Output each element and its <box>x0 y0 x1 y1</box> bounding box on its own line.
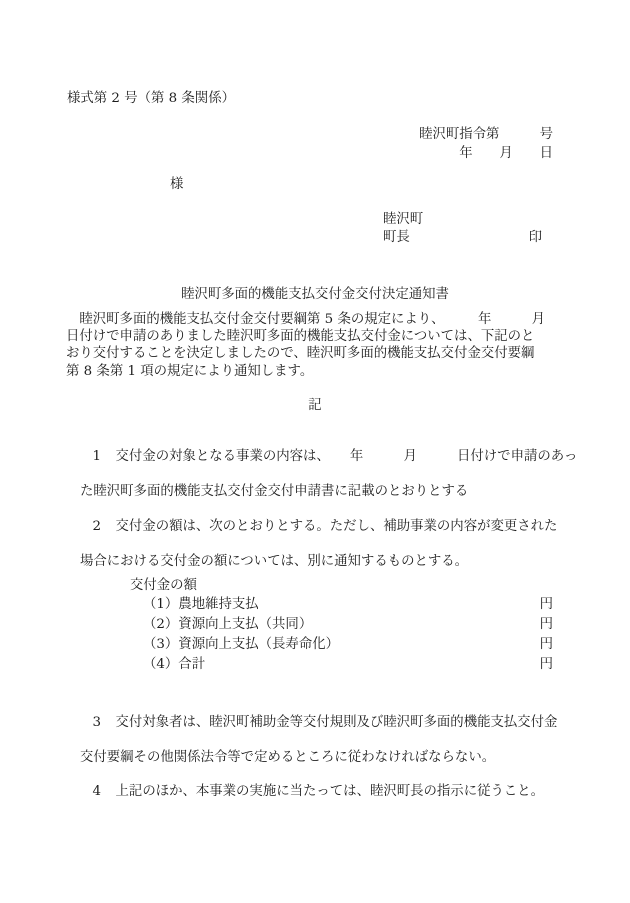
grant-amount-row: （1）農地維持支払 円 <box>143 595 553 615</box>
item-text: 交付対象者は、睦沢町補助金等交付規則及び睦沢町多面的機能支払交付金 <box>116 715 558 730</box>
intro-paragraph: 睦沢町多面的機能支払交付金交付要綱第 5 条の規定により、 年 月 日付けで申請… <box>66 311 545 380</box>
grant-amount-label: （1）農地維持支払 <box>143 595 259 615</box>
intro-line: おり交付することを決定しましたので、睦沢町多面的機能支払交付金交付要綱 <box>66 345 545 362</box>
grant-amount-list: （1）農地維持支払 円 （2）資源向上支払（共同） 円 （3）資源向上支払（長寿… <box>143 595 553 675</box>
seal-mark: 印 <box>529 229 542 247</box>
grant-amount-label: （4）合計 <box>143 655 205 675</box>
grant-amount-unit: 円 <box>540 635 553 655</box>
item-text: 交付金の額は、次のとおりとする。ただし、補助事業の内容が変更された <box>116 519 558 534</box>
sender-title-line: 町長 印 <box>383 229 542 247</box>
directive-block: 睦沢町指令第 号 年 月 日 <box>419 126 553 163</box>
item-line: 2交付金の額は、次のとおりとする。ただし、補助事業の内容が変更された <box>67 501 557 553</box>
item-line: た睦沢町多面的機能支払交付金交付申請書に記載のとおりとする <box>67 483 577 500</box>
numbered-item-1: 1交付金の対象となる事業の内容は、 年 月 日付けで申請のあっ た睦沢町多面的機… <box>67 431 577 500</box>
item-number: 3 <box>93 714 116 731</box>
item-number: 2 <box>93 518 116 535</box>
grant-amount-unit: 円 <box>540 595 553 615</box>
numbered-item-4: 4上記のほか、本事業の実施に当たっては、睦沢町長の指示に従うこと。 <box>67 766 544 818</box>
item-line: 3交付対象者は、睦沢町補助金等交付規則及び睦沢町多面的機能支払交付金 <box>67 697 557 749</box>
item-text: 交付金の対象となる事業の内容は、 年 月 日付けで申請のあっ <box>116 449 578 464</box>
intro-line: 第 8 条第 1 項の規定により通知します。 <box>66 363 545 380</box>
grant-amount-label: （3）資源向上支払（長寿命化） <box>143 635 339 655</box>
grant-amount-label: （2）資源向上支払（共同） <box>143 615 312 635</box>
item-line: 1交付金の対象となる事業の内容は、 年 月 日付けで申請のあっ <box>67 431 577 483</box>
sender-title: 町長 <box>383 229 410 247</box>
numbered-item-3: 3交付対象者は、睦沢町補助金等交付規則及び睦沢町多面的機能支払交付金 交付要綱そ… <box>67 697 557 766</box>
item-line: 4上記のほか、本事業の実施に当たっては、睦沢町長の指示に従うこと。 <box>67 766 544 818</box>
grant-amount-row: （2）資源向上支払（共同） 円 <box>143 615 553 635</box>
directive-number: 睦沢町指令第 号 <box>419 126 553 145</box>
numbered-item-2: 2交付金の額は、次のとおりとする。ただし、補助事業の内容が変更された 場合におけ… <box>67 501 557 570</box>
intro-line: 睦沢町多面的機能支払交付金交付要綱第 5 条の規定により、 年 月 <box>66 311 545 328</box>
grant-amount-row: （3）資源向上支払（長寿命化） 円 <box>143 635 553 655</box>
addressee: 様 <box>170 176 183 193</box>
grant-amount-unit: 円 <box>540 615 553 635</box>
item-number: 1 <box>93 448 116 465</box>
sender-organization: 睦沢町 <box>383 211 542 229</box>
record-marker: 記 <box>0 397 630 414</box>
intro-line: 日付けで申請のありました睦沢町多面的機能支払交付金については、下記のと <box>66 328 545 345</box>
item-line: 交付要綱その他関係法令等で定めるところに従わなければならない。 <box>67 749 557 766</box>
grant-amount-heading: 交付金の額 <box>130 577 197 594</box>
date-line: 年 月 日 <box>419 145 553 164</box>
item-text: 上記のほか、本事業の実施に当たっては、睦沢町長の指示に従うこと。 <box>116 784 545 799</box>
grant-amount-row: （4）合計 円 <box>143 655 553 675</box>
form-number: 様式第 2 号（第 8 条関係） <box>67 90 235 107</box>
sender-block: 睦沢町 町長 印 <box>383 211 542 247</box>
item-line: 場合における交付金の額については、別に通知するものとする。 <box>67 553 557 570</box>
grant-amount-unit: 円 <box>540 655 553 675</box>
item-number: 4 <box>93 783 116 800</box>
document-page: 様式第 2 号（第 8 条関係） 睦沢町指令第 号 年 月 日 様 睦沢町 町長… <box>0 0 630 903</box>
document-title: 睦沢町多面的機能支払交付金交付決定通知書 <box>0 283 630 302</box>
